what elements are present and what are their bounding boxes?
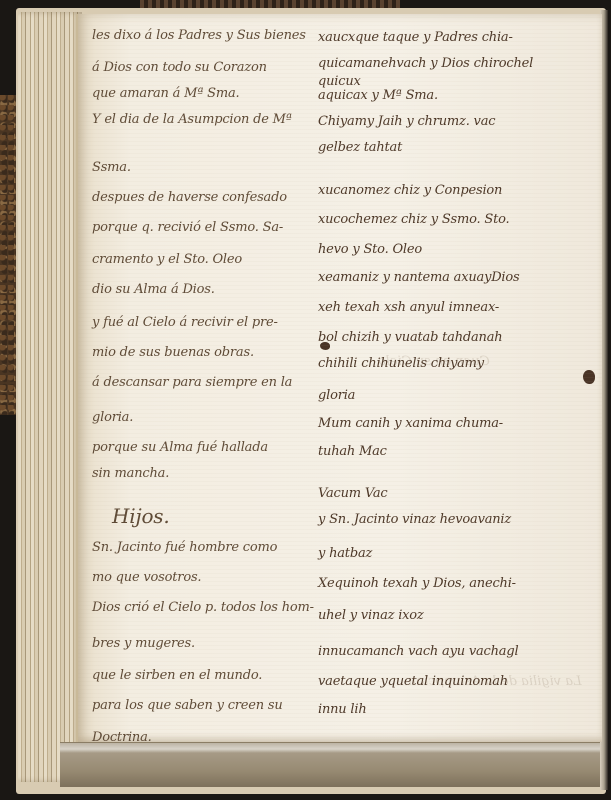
manuscript-line: Ssma. (92, 160, 131, 175)
manuscript-line: á descansar para siempre en la (92, 375, 292, 390)
ink-blot (583, 370, 595, 384)
manuscript-line: y fué al Cielo á recivir el pre- (92, 315, 278, 330)
manuscript-line: chihili chihunelis chiyamy (318, 356, 484, 371)
manuscript-line: Xequinoh texah y Dios, anechi- (318, 576, 516, 591)
manuscript-line: uhel y vinaz ixoz (318, 608, 424, 623)
manuscript-line: Dios crió el Cielo p. todos los hom- (92, 600, 314, 615)
manuscript-line: xaucxque taque y Padres chia- (318, 30, 513, 45)
manuscript-line: innucamanch vach ayu vachagl (318, 644, 518, 659)
manuscript-line: que amaran á Mª Sma. (92, 86, 239, 101)
book-cover-top (140, 0, 400, 8)
manuscript-line: gloria (318, 388, 355, 403)
manuscript-line: porque su Alma fué hallada (92, 440, 268, 455)
page-edges-left (18, 12, 82, 782)
manuscript-line: para los que saben y creen su (92, 698, 283, 713)
manuscript-page: Cuan en su Cielo La vigilia de la Asumpc… (76, 14, 602, 742)
manuscript-line: tuhah Mac (318, 444, 387, 459)
manuscript-line: dio su Alma á Dios. (92, 282, 215, 297)
manuscript-line: les dixo á los Padres y Sus bienes (92, 28, 306, 43)
manuscript-line: Sn. Jacinto fué hombre como (92, 540, 277, 555)
manuscript-line: y hatbaz (318, 546, 372, 561)
manuscript-line: mo que vosotros. (92, 570, 201, 585)
manuscript-line: Vacum Vac (318, 486, 387, 501)
manuscript-line: Doctrina. (92, 730, 152, 742)
manuscript-line: aquicax y Mª Sma. (318, 88, 438, 103)
manuscript-line: Chiyamy Jaih y chrumz. vac (318, 114, 495, 129)
manuscript-line: xucochemez chiz y Ssmo. Sto. (318, 212, 509, 227)
manuscript-line: gloria. (92, 410, 133, 425)
manuscript-line: quicux (318, 74, 361, 89)
manuscript-line: hevo y Sto. Oleo (318, 242, 422, 257)
manuscript-line: bol chizih y vuatab tahdanah (318, 330, 502, 345)
manuscript-line: despues de haverse confesado (92, 190, 287, 205)
manuscript-line: xucanomez chiz y Conpesion (318, 183, 502, 198)
manuscript-line: xeh texah xsh anyul imneax- (318, 300, 499, 315)
manuscript-line: sin mancha. (92, 466, 169, 481)
manuscript-line: cramento y el Sto. Oleo (92, 252, 242, 267)
book-cover-marbled (0, 95, 16, 415)
manuscript-line: xeamaniz y nantema axuayDios (318, 270, 520, 285)
manuscript-line: gelbez tahtat (318, 140, 402, 155)
manuscript-line: y Sn. Jacinto vinaz hevoavaniz (318, 512, 511, 527)
manuscript-line: porque q. recivió el Ssmo. Sa- (92, 220, 283, 235)
manuscript-line: vaetaque yquetal inquinomah (318, 674, 508, 689)
manuscript-line: Mum canih y xanima chuma- (318, 416, 503, 431)
page-edges-bottom (60, 742, 600, 787)
manuscript-line: que le sirben en el mundo. (92, 668, 262, 683)
manuscript-line: Hijos. (112, 504, 170, 528)
manuscript-line: bres y mugeres. (92, 636, 195, 651)
manuscript-line: á Dios con todo su Corazon (92, 60, 267, 75)
ink-blot (320, 342, 330, 350)
manuscript-line: quicamanehvach y Dios chirochel (318, 56, 533, 71)
manuscript-line: Y el dia de la Asumpcion de Mª (92, 112, 292, 127)
manuscript-line: innu lih (318, 702, 367, 717)
manuscript-line: mio de sus buenas obras. (92, 345, 254, 360)
